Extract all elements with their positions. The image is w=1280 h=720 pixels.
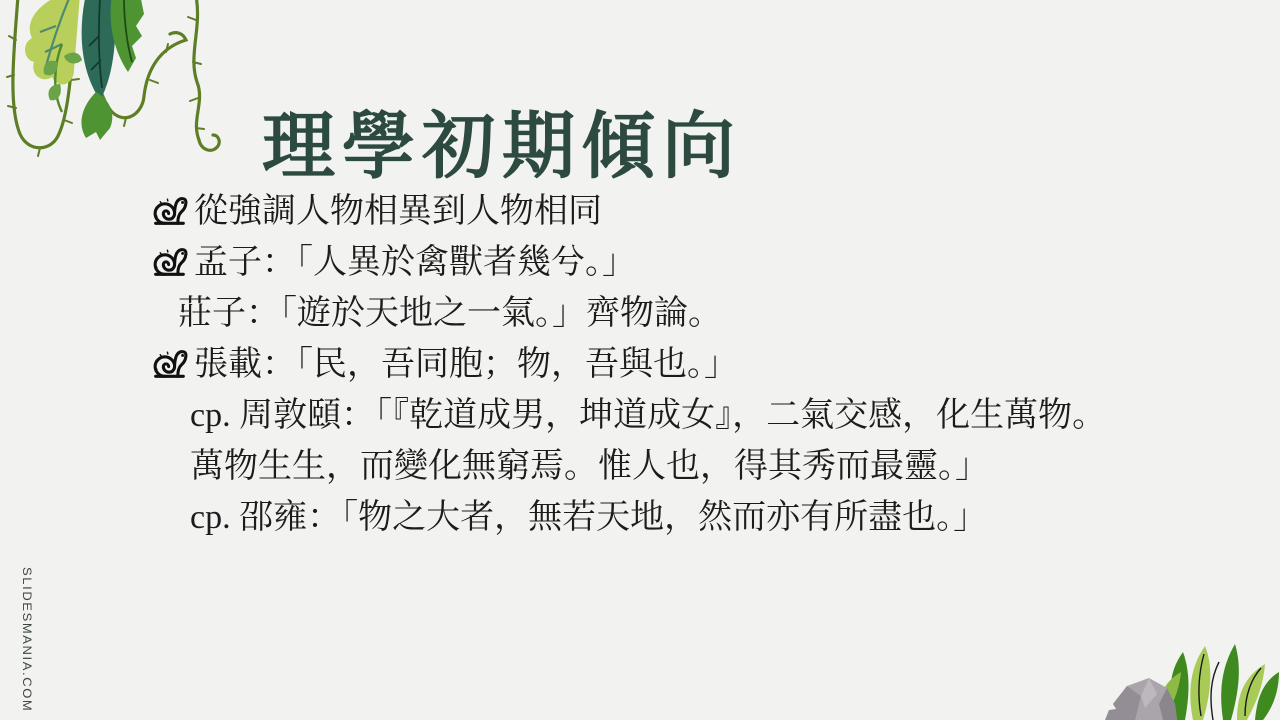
body-line-text: 孟子：「人異於禽獸者幾兮。」: [194, 237, 636, 288]
snail-bullet-icon: [150, 244, 191, 281]
body-line: 孟子：「人異於禽獸者幾兮。」: [150, 237, 1200, 288]
body-line: cp. 周敦頤：「『乾道成男，坤道成女』，二氣交感，化生萬物。: [150, 390, 1200, 441]
snail-bullet-icon: [150, 346, 191, 383]
slide-body: 從強調人物相異到人物相同 孟子：「人異於禽獸者幾兮。」 莊子：「遊於天地之一氣。…: [150, 186, 1200, 543]
body-line-text: 張載：「民，吾同胞；物，吾與也。」: [194, 339, 738, 390]
body-line: 莊子：「遊於天地之一氣。」齊物論。: [150, 288, 1200, 339]
slide-title: 理學初期傾向: [262, 87, 742, 192]
watermark-slidesmania: SLIDESMANIA.COM: [20, 567, 34, 712]
snail-bullet-icon: [150, 193, 191, 230]
body-line: 從強調人物相異到人物相同: [150, 186, 1200, 237]
body-line-text: cp. 周敦頤：「『乾道成男，坤道成女』，二氣交感，化生萬物。: [190, 390, 1106, 441]
body-line-text: 萬物生生，而變化無窮焉。惟人也，得其秀而最靈。」: [190, 441, 989, 492]
rock-plant-decoration: [1105, 638, 1280, 720]
vine-leaves-decoration: [0, 0, 240, 168]
leaf-sprig: [44, 44, 82, 112]
oak-leaf: [25, 0, 80, 84]
body-line-text: cp. 邵雍：「物之大者，無若天地，然而亦有所盡也。」: [190, 492, 987, 543]
rocks: [1105, 678, 1177, 720]
body-line: 萬物生生，而變化無窮焉。惟人也，得其秀而最靈。」: [150, 441, 1200, 492]
green-leaf: [111, 0, 144, 72]
teal-leaf: [82, 0, 116, 100]
grass-plant: [1157, 644, 1279, 720]
body-line-text: 莊子：「遊於天地之一氣。」齊物論。: [178, 288, 722, 339]
body-line: 張載：「民，吾同胞；物，吾與也。」: [150, 339, 1200, 390]
body-line-text: 從強調人物相異到人物相同: [194, 186, 602, 237]
lower-leaf: [81, 92, 112, 140]
presentation-slide: { "slide": { "background_color": "#f2f2f…: [0, 0, 1280, 720]
body-line: cp. 邵雍：「物之大者，無若天地，然而亦有所盡也。」: [150, 492, 1200, 543]
